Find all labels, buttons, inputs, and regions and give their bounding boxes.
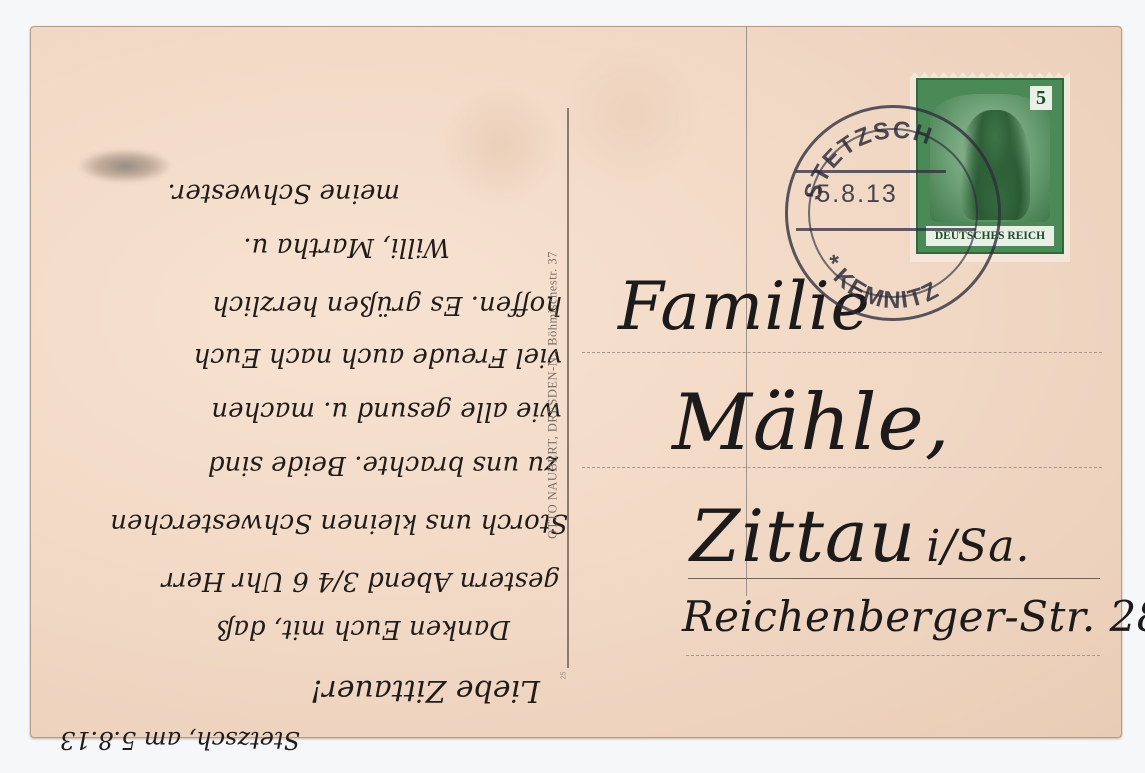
- printer-imprint: OTTO NAUBERT, DRESDEN-N., Böhmischestr. …: [546, 251, 561, 539]
- address-line-2: Mähle,: [672, 378, 951, 468]
- message-line: gestern Abend 3/4 6 Uhr Herr: [162, 566, 560, 596]
- message-line: Storch uns kleinen Schwesterchen: [110, 508, 568, 538]
- address-rule: [686, 655, 1100, 656]
- svg-text:* KEMNITZ: * KEMNITZ: [816, 251, 944, 315]
- postmark-district: * KEMNITZ: [816, 251, 944, 315]
- printer-code: 25: [560, 672, 567, 680]
- address-city: Zittau: [690, 494, 916, 578]
- message-line: Danken Euch mit, daß: [216, 614, 510, 644]
- stamp-value: 5: [1030, 86, 1052, 110]
- postmark-date: -5.8.13: [806, 180, 898, 209]
- center-divider-line: [567, 108, 569, 668]
- address-rule: [582, 352, 1102, 353]
- postmark-text-arc: STETZSCH * KEMNITZ: [788, 108, 1004, 324]
- address-line-3: Zittaui/Sa.: [690, 494, 1030, 578]
- message-dateline: Stetzsch, am 5.8.13: [60, 726, 300, 754]
- address-line-4: Reichenberger-Str. 28.p.: [682, 592, 1145, 641]
- message-line: viel Freude auch nach Euch: [193, 342, 562, 372]
- postmark: STETZSCH * KEMNITZ -5.8.13: [785, 105, 1001, 321]
- message-line: hoffen. Es grüßen herzlich: [212, 290, 562, 320]
- postmark-bar: [796, 170, 946, 173]
- message-signature: Willi, Martha u.: [243, 232, 450, 262]
- handwritten-message: Stetzsch, am 5.8.13 Liebe Zittauer! Dank…: [70, 136, 570, 756]
- message-closing: meine Schwester.: [167, 178, 400, 208]
- postmark-bar: [796, 228, 976, 231]
- message-line: wie alle gesund u. machen: [211, 396, 562, 426]
- address-region: i/Sa.: [926, 521, 1030, 572]
- message-line: zu uns brachte. Beide sind: [208, 450, 558, 480]
- message-greeting: Liebe Zittauer!: [310, 673, 540, 708]
- address-rule: [688, 578, 1100, 579]
